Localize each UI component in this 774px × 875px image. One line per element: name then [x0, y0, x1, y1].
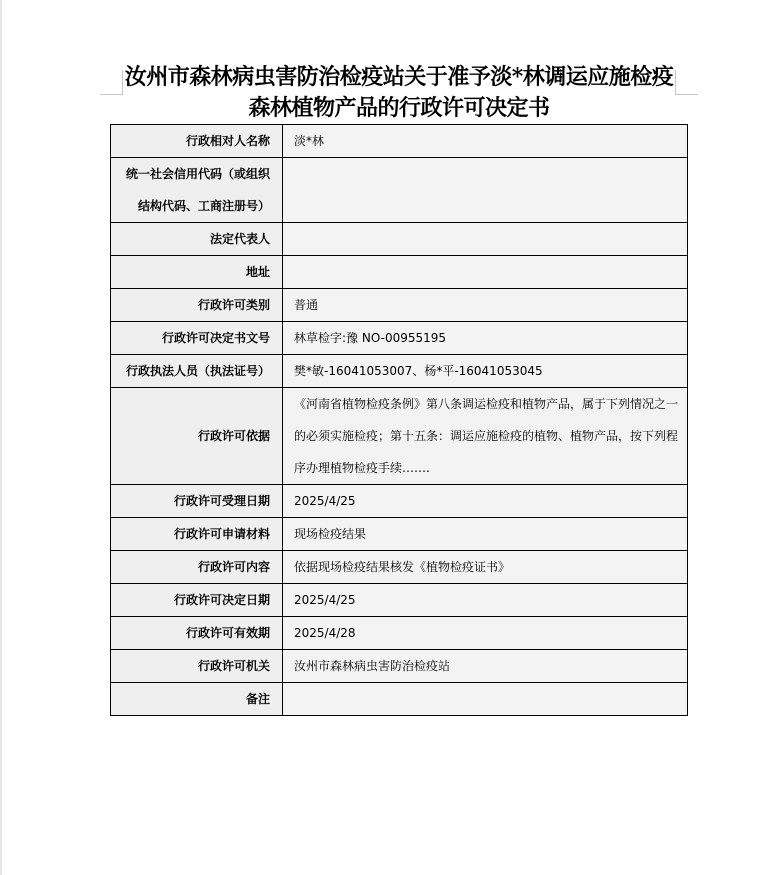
- row-value: [283, 223, 688, 256]
- table-row: 行政许可依据 《河南省植物检疫条例》第八条调运检疫和植物产品，属于下列情况之一 …: [111, 388, 688, 485]
- row-value: 林草检字:豫 NO-00955195: [283, 322, 688, 355]
- row-value: 淡*林: [283, 125, 688, 158]
- row-label: 法定代表人: [111, 223, 283, 256]
- page-left-edge: [0, 0, 2, 875]
- row-label-line: 结构代码、工商注册号）: [111, 190, 270, 222]
- row-value-line: 序办理植物检疫手续…….: [294, 452, 679, 484]
- row-label: 行政许可决定日期: [111, 584, 283, 617]
- row-label: 备注: [111, 683, 283, 716]
- row-label: 行政执法人员（执法证号）: [111, 355, 283, 388]
- table-row: 法定代表人: [111, 223, 688, 256]
- table-row: 行政执法人员（执法证号） 樊*敏-16041053007、杨*平-1604105…: [111, 355, 688, 388]
- table-row: 地址: [111, 256, 688, 289]
- table-row: 统一社会信用代码（或组织 结构代码、工商注册号）: [111, 158, 688, 223]
- decision-table: 行政相对人名称 淡*林 统一社会信用代码（或组织 结构代码、工商注册号） 法定代…: [110, 124, 688, 716]
- row-label: 行政相对人名称: [111, 125, 283, 158]
- row-label: 行政许可申请材料: [111, 518, 283, 551]
- row-label: 行政许可类别: [111, 289, 283, 322]
- table-row: 行政许可决定书文号 林草检字:豫 NO-00955195: [111, 322, 688, 355]
- row-label: 行政许可内容: [111, 551, 283, 584]
- row-value: [283, 683, 688, 716]
- table-row: 行政许可机关 汝州市森林病虫害防治检疫站: [111, 650, 688, 683]
- row-label: 统一社会信用代码（或组织 结构代码、工商注册号）: [111, 158, 283, 223]
- row-value: 樊*敏-16041053007、杨*平-16041053045: [283, 355, 688, 388]
- row-value: [283, 158, 688, 223]
- row-value-line: 《河南省植物检疫条例》第八条调运检疫和植物产品，属于下列情况之一: [294, 388, 679, 420]
- row-label: 行政许可依据: [111, 388, 283, 485]
- table-row: 行政许可申请材料 现场检疫结果: [111, 518, 688, 551]
- row-label: 行政许可有效期: [111, 617, 283, 650]
- row-value: 汝州市森林病虫害防治检疫站: [283, 650, 688, 683]
- table-row: 行政许可决定日期 2025/4/25: [111, 584, 688, 617]
- table-row: 行政许可内容 依据现场检疫结果核发《植物检疫证书》: [111, 551, 688, 584]
- row-label: 地址: [111, 256, 283, 289]
- row-value: 2025/4/28: [283, 617, 688, 650]
- row-label: 行政许可决定书文号: [111, 322, 283, 355]
- table-row: 行政许可受理日期 2025/4/25: [111, 485, 688, 518]
- row-value: 普通: [283, 289, 688, 322]
- document-title-line2: 森林植物产品的行政许可决定书: [110, 91, 688, 122]
- row-value-line: 的必须实施检疫；第十五条：调运应施检疫的植物、植物产品，按下列程: [294, 420, 679, 452]
- row-label: 行政许可受理日期: [111, 485, 283, 518]
- row-label: 行政许可机关: [111, 650, 283, 683]
- table-row: 行政相对人名称 淡*林: [111, 125, 688, 158]
- row-value: 依据现场检疫结果核发《植物检疫证书》: [283, 551, 688, 584]
- row-value: 现场检疫结果: [283, 518, 688, 551]
- row-value: 2025/4/25: [283, 485, 688, 518]
- row-value: 《河南省植物检疫条例》第八条调运检疫和植物产品，属于下列情况之一 的必须实施检疫…: [283, 388, 688, 485]
- row-value: 2025/4/25: [283, 584, 688, 617]
- row-value: [283, 256, 688, 289]
- document-title-line1: 汝州市森林病虫害防治检疫站关于准予淡*林调运应施检疫: [110, 60, 688, 91]
- table-row: 行政许可类别 普通: [111, 289, 688, 322]
- row-label-line: 统一社会信用代码（或组织: [111, 158, 270, 190]
- table-row: 行政许可有效期 2025/4/28: [111, 617, 688, 650]
- table-row: 备注: [111, 683, 688, 716]
